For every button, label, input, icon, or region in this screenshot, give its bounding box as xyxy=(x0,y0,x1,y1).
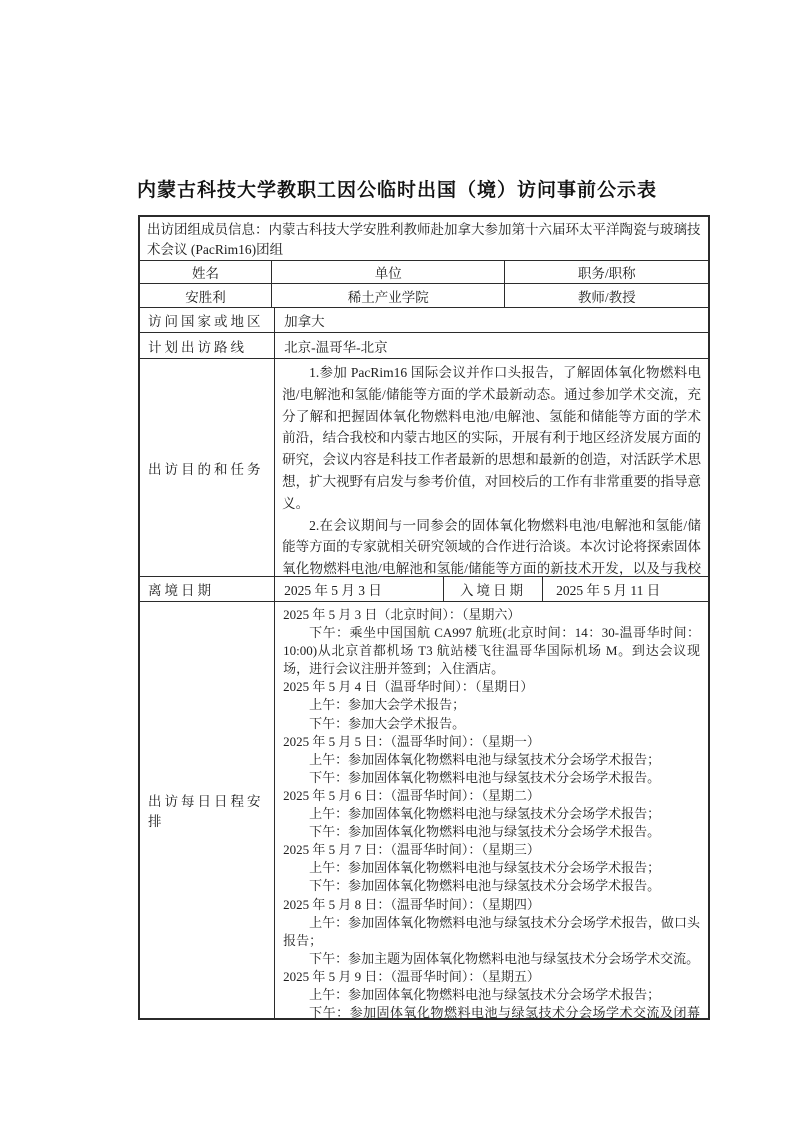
schedule-day-date: 2025 年 5 月 5 日：（温哥华时间）：（星期一） xyxy=(283,733,700,751)
header-title: 职务/职称 xyxy=(504,261,708,283)
schedule-text: 2025 年 5 月 3 日（北京时间）：（星期六） 下午：乘坐中国国航 CA9… xyxy=(274,602,708,1018)
table-row: 出访每日日程安排 2025 年 5 月 3 日（北京时间）：（星期六） 下午：乘… xyxy=(140,601,708,1018)
route-label: 计划出访路线 xyxy=(140,333,274,358)
schedule-day-entry: 上午：参加固体氧化物燃料电池与绿氢技术分会场学术报告； xyxy=(283,751,700,769)
schedule-day-entry: 下午：参加固体氧化物燃料电池与绿氢技术分会场学术交流及闭幕式。 xyxy=(283,1004,700,1018)
schedule-day-entry: 上午：参加固体氧化物燃料电池与绿氢技术分会场学术报告，做口头报告； xyxy=(283,914,700,950)
departure-date-value: 2025 年 5 月 3 日 xyxy=(274,577,443,601)
schedule-day-entry: 上午：参加固体氧化物燃料电池与绿氢技术分会场学术报告； xyxy=(283,986,700,1004)
table-row: 离境日期 2025 年 5 月 3 日 入境日期 2025 年 5 月 11 日 xyxy=(140,576,708,601)
country-label: 访问国家或地区 xyxy=(140,308,274,332)
member-title: 教师/教授 xyxy=(504,284,708,307)
schedule-day-date: 2025 年 5 月 3 日（北京时间）：（星期六） xyxy=(283,606,700,624)
publicity-table: 出访团组成员信息：内蒙古科技大学安胜利教师赴加拿大参加第十六届环太平洋陶瓷与玻璃… xyxy=(138,215,710,1020)
purpose-text: 1.参加 PacRim16 国际会议并作口头报告，了解固体氧化物燃料电池/电解池… xyxy=(274,359,708,576)
schedule-day-entry: 上午：参加固体氧化物燃料电池与绿氢技术分会场学术报告； xyxy=(283,859,700,877)
table-row: 访问国家或地区 加拿大 xyxy=(140,307,708,332)
document-page: 内蒙古科技大学教职工因公临时出国（境）访问事前公示表 出访团组成员信息：内蒙古科… xyxy=(0,0,794,1123)
schedule-day-entry: 下午：参加固体氧化物燃料电池与绿氢技术分会场学术报告。 xyxy=(283,877,700,895)
purpose-paragraph: 2.在会议期间与一同参会的固体氧化物燃料电池/电解池和氢能/储能等方面的专家就相… xyxy=(282,515,701,576)
entry-date-value: 2025 年 5 月 11 日 xyxy=(542,577,708,601)
departure-date-label: 离境日期 xyxy=(140,577,274,601)
schedule-day-date: 2025 年 5 月 9 日：（温哥华时间）：（星期五） xyxy=(283,968,700,986)
header-name: 姓名 xyxy=(140,261,271,283)
table-row: 出访目的和任务 1.参加 PacRim16 国际会议并作口头报告，了解固体氧化物… xyxy=(140,358,708,576)
schedule-day-entry: 下午：乘坐中国国航 CA997 航班(北京时间：14：30-温哥华时间：10:0… xyxy=(283,624,700,678)
route-value: 北京-温哥华-北京 xyxy=(274,333,708,358)
schedule-day-entry: 下午：参加大会学术报告。 xyxy=(283,715,700,733)
schedule-day-entry: 上午：参加固体氧化物燃料电池与绿氢技术分会场学术报告； xyxy=(283,805,700,823)
schedule-day-date: 2025 年 5 月 4 日（温哥华时间）：（星期日） xyxy=(283,678,700,696)
schedule-day-entry: 下午：参加固体氧化物燃料电池与绿氢技术分会场学术报告。 xyxy=(283,823,700,841)
entry-date-label: 入境日期 xyxy=(443,577,542,601)
table-row: 计划出访路线 北京-温哥华-北京 xyxy=(140,332,708,358)
table-row: 安胜利 稀土产业学院 教师/教授 xyxy=(140,283,708,307)
schedule-label: 出访每日日程安排 xyxy=(140,602,274,1018)
schedule-day-date: 2025 年 5 月 8 日：（温哥华时间）：（星期四） xyxy=(283,896,700,914)
schedule-day-entry: 下午：参加固体氧化物燃料电池与绿氢技术分会场学术报告。 xyxy=(283,769,700,787)
page-title: 内蒙古科技大学教职工因公临时出国（境）访问事前公示表 xyxy=(0,175,794,202)
purpose-label: 出访目的和任务 xyxy=(140,359,274,576)
header-unit: 单位 xyxy=(271,261,504,283)
table-row: 出访团组成员信息：内蒙古科技大学安胜利教师赴加拿大参加第十六届环太平洋陶瓷与玻璃… xyxy=(140,217,708,260)
purpose-paragraph: 1.参加 PacRim16 国际会议并作口头报告，了解固体氧化物燃料电池/电解池… xyxy=(282,362,701,515)
member-name: 安胜利 xyxy=(140,284,271,307)
team-info-cell: 出访团组成员信息：内蒙古科技大学安胜利教师赴加拿大参加第十六届环太平洋陶瓷与玻璃… xyxy=(140,217,708,260)
member-unit: 稀土产业学院 xyxy=(271,284,504,307)
schedule-day-date: 2025 年 5 月 7 日：（温哥华时间）：（星期三） xyxy=(283,841,700,859)
country-value: 加拿大 xyxy=(274,308,708,332)
schedule-day-entry: 下午：参加主题为固体氧化物燃料电池与绿氢技术分会场学术交流。 xyxy=(283,950,700,968)
schedule-day-entry: 上午：参加大会学术报告； xyxy=(283,696,700,714)
table-row: 姓名 单位 职务/职称 xyxy=(140,260,708,283)
schedule-day-date: 2025 年 5 月 6 日：（温哥华时间）：（星期二） xyxy=(283,787,700,805)
